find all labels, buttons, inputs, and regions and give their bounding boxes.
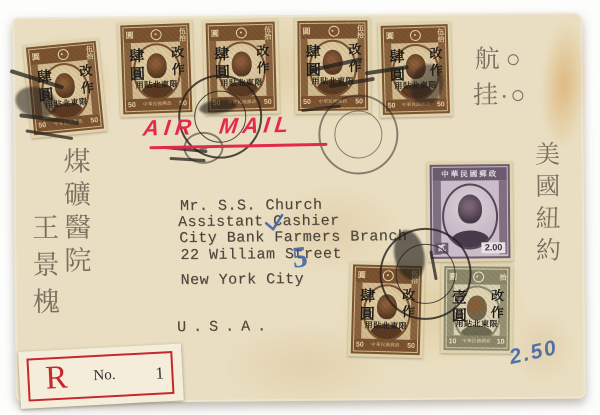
stamp-value-numeral: 10 <box>449 338 457 345</box>
stamp-corner-char: 圓 <box>29 53 42 62</box>
kmt-sun-emblem-icon <box>410 30 421 41</box>
stamp-value-numeral: 50 <box>38 122 46 130</box>
stamp-value-numeral: 50 <box>303 98 311 105</box>
registration-no-abbrev: No. <box>93 367 116 385</box>
stamp-value-numeral: 50 <box>407 342 415 349</box>
kmt-sun-emblem-icon <box>236 27 247 38</box>
stamp-top-inscription: 中華民國郵政 <box>433 167 507 181</box>
surcharge-overprint-value: 肆圓 <box>305 44 320 80</box>
surcharge-overprint-word: 改作 <box>78 63 94 98</box>
stamp-value: 2.00 <box>482 242 506 253</box>
portrait-head <box>231 51 252 77</box>
registered-note-chinese: 挂·○ <box>473 75 528 111</box>
stamp-top-band: 圓 伍拾 <box>384 27 445 44</box>
portrait-head <box>458 194 482 223</box>
kmt-sun-emblem-icon <box>473 271 484 282</box>
stamp-value-numeral: 50 <box>128 101 136 108</box>
blue-rate-note: 2.50 <box>507 336 560 370</box>
air-note-chinese: 航○ <box>475 39 527 75</box>
portrait-head <box>146 53 167 79</box>
address-line-street: 22 William Street <box>180 246 342 264</box>
airmail-manuscript-note: AIR MAIL <box>142 112 295 142</box>
kmt-sun-emblem-icon <box>150 29 161 40</box>
registration-number: 1 <box>155 363 165 383</box>
stamp-value-numeral: 50 <box>264 98 272 105</box>
registration-label-border: R No. 1 <box>26 351 174 402</box>
stamp-corner-char: 伍拾 <box>354 24 364 38</box>
stamp-top-band: 圓 伍拾 <box>29 44 94 65</box>
stamp-bottom-band: 50 中華民國郵政 50 <box>354 338 417 352</box>
stamp-bottom-band: 10 中華民國郵政 10 <box>447 335 507 348</box>
toning-stain <box>537 17 591 152</box>
kmt-sun-emblem-icon <box>57 49 69 61</box>
destination-chinese-note: 美國紐約 <box>527 141 564 311</box>
postmark-cds-3 <box>379 227 472 320</box>
surcharge-overprint-word: 改作 <box>255 44 269 78</box>
stamp-corner-char: 圓 <box>300 27 312 35</box>
registration-label: R No. 1 <box>18 344 184 409</box>
stamp-corner-char: 伍拾 <box>262 25 272 39</box>
stamp-value-numeral: 50 <box>437 101 445 108</box>
stamp-corner-char: 伍拾 <box>83 45 94 60</box>
stamp-value-numeral: 50 <box>356 341 364 348</box>
surcharge-overprint-value: 肆圓 <box>128 48 144 85</box>
stamp-corner-char: 圓 <box>384 32 396 40</box>
stamp-value-numeral: 50 <box>90 117 98 125</box>
stamp-top-band: 圓 伍拾 <box>123 26 186 43</box>
surcharge-overprint-value: 肆圓 <box>359 288 375 324</box>
stamp-country-inscription: 中華民國郵政 <box>462 338 491 344</box>
sender-name-chinese: 王景槐 <box>24 213 64 363</box>
registration-letter: R <box>45 362 69 396</box>
stamp-top-band: 圓 伍拾 <box>209 25 272 42</box>
surcharge-overprint-word: 改作 <box>170 45 184 79</box>
stamp-top-band: 圓 伍拾 <box>300 23 364 39</box>
kmt-sun-emblem-icon <box>328 26 339 37</box>
stamp-corner-char: 圓 <box>123 31 135 39</box>
portrait-head <box>467 295 487 320</box>
stamp-corner-char: 伍拾 <box>176 27 186 41</box>
address-line-city: New York City <box>181 271 305 289</box>
envelope: Mr. S.S. Church Assistant Cashier City B… <box>12 13 585 404</box>
address-line-country: U.S.A. <box>177 318 273 336</box>
stamp-country-inscription: 中華民國郵政 <box>143 101 172 108</box>
stamp-corner-char: 拾 <box>497 274 507 281</box>
scanned-cover-photo: Mr. S.S. Church Assistant Cashier City B… <box>0 0 600 415</box>
stamp-corner-char: 圓 <box>356 271 368 279</box>
surcharge-overprint-word: 改作 <box>490 289 503 323</box>
stamp-corner-char: 圓 <box>209 30 221 38</box>
stamp-corner-char: 伍拾 <box>435 28 445 42</box>
stamp-country-inscription: 中華民國郵政 <box>371 342 400 349</box>
blue-check-mark <box>264 213 284 231</box>
stamp-value-numeral: 10 <box>497 338 505 345</box>
